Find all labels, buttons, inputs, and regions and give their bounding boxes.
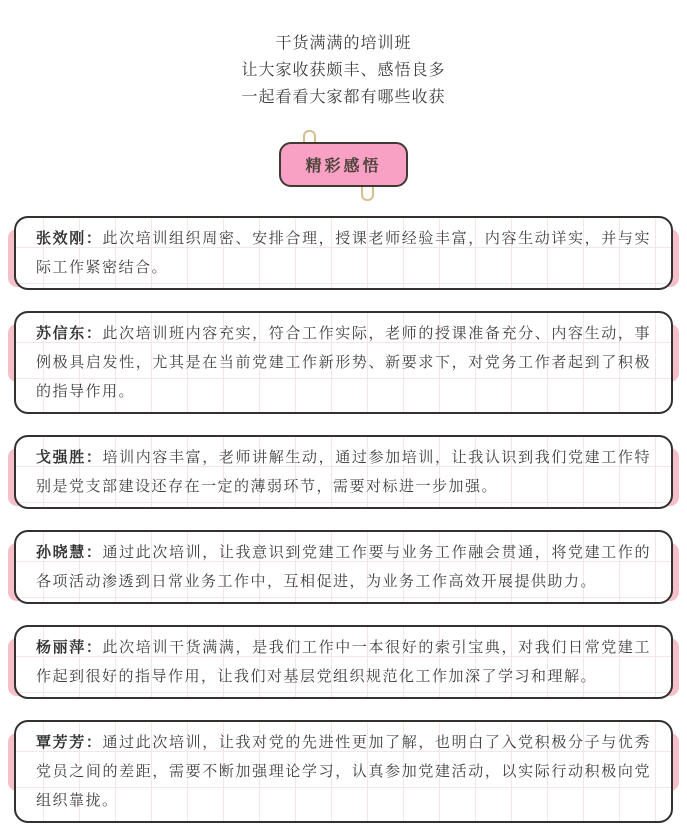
testimonial-card: 杨丽萍：此次培训干货满满，是我们工作中一本很好的索引宝典，对我们日常党建工作起到…	[14, 625, 673, 699]
testimonial-card-wrap: 戈强胜：培训内容丰富，老师讲解生动，通过参加培训，让我认识到我们党建工作特别是党…	[14, 435, 673, 509]
testimonial-card: 覃芳芳：通过此次培训，让我对党的先进性更加了解，也明白了入党积极分子与优秀党员之…	[14, 720, 673, 823]
testimonial-text: 通过此次培训，让我意识到党建工作要与业务工作融会贯通，将党建工作的各项活动渗透到…	[36, 544, 651, 590]
testimonial-text: 通过此次培训，让我对党的先进性更加了解，也明白了入党积极分子与优秀党员之间的差距…	[36, 734, 651, 809]
author-name-colon: ：	[86, 544, 103, 561]
testimonial-card-wrap: 杨丽萍：此次培训干货满满，是我们工作中一本很好的索引宝典，对我们日常党建工作起到…	[14, 625, 673, 699]
testimonial-card: 张效刚：此次培训组织周密、安排合理，授课老师经验丰富，内容生动详实，并与实际工作…	[14, 216, 673, 290]
author-name: 覃芳芳	[36, 734, 86, 751]
author-name: 杨丽萍	[36, 639, 86, 656]
testimonial-card: 戈强胜：培训内容丰富，老师讲解生动，通过参加培训，让我认识到我们党建工作特别是党…	[14, 435, 673, 509]
intro-line-2: 让大家收获颇丰、感悟良多	[0, 63, 687, 79]
testimonial-text: 此次培训组织周密、安排合理，授课老师经验丰富，内容生动详实，并与实际工作紧密结合…	[36, 230, 651, 276]
author-name-colon: ：	[86, 230, 103, 247]
testimonial-list: 张效刚：此次培训组织周密、安排合理，授课老师经验丰富，内容生动详实，并与实际工作…	[0, 216, 687, 823]
intro-header: 干货满满的培训班 让大家收获颇丰、感悟良多 一起看看大家都有哪些收获	[0, 0, 687, 106]
testimonial-card-wrap: 苏信东：此次培训班内容充实，符合工作实际，老师的授课准备充分、内容生动，事例极具…	[14, 311, 673, 414]
testimonial-text: 培训内容丰富，老师讲解生动，通过参加培训，让我认识到我们党建工作特别是党支部建设…	[36, 449, 651, 495]
author-name-colon: ：	[86, 325, 103, 342]
testimonial-card: 苏信东：此次培训班内容充实，符合工作实际，老师的授课准备充分、内容生动，事例极具…	[14, 311, 673, 414]
author-name: 孙晓慧	[36, 544, 86, 561]
author-name-colon: ：	[86, 734, 103, 751]
author-name: 戈强胜	[36, 449, 86, 466]
testimonial-text: 此次培训班内容充实，符合工作实际，老师的授课准备充分、内容生动，事例极具启发性，…	[36, 325, 651, 400]
author-name-colon: ：	[86, 639, 103, 656]
testimonial-card: 孙晓慧：通过此次培训，让我意识到党建工作要与业务工作融会贯通，将党建工作的各项活…	[14, 530, 673, 604]
testimonial-text: 此次培训干货满满，是我们工作中一本很好的索引宝典，对我们日常党建工作起到很好的指…	[36, 639, 651, 685]
section-badge-wrap: 精彩感悟	[279, 142, 407, 187]
testimonial-card-wrap: 孙晓慧：通过此次培训，让我意识到党建工作要与业务工作融会贯通，将党建工作的各项活…	[14, 530, 673, 604]
intro-line-3: 一起看看大家都有哪些收获	[0, 90, 687, 106]
section-badge: 精彩感悟	[279, 142, 407, 187]
author-name: 苏信东	[36, 325, 86, 342]
author-name-colon: ：	[86, 449, 103, 466]
author-name: 张效刚	[36, 230, 86, 247]
intro-line-1: 干货满满的培训班	[0, 36, 687, 52]
testimonial-card-wrap: 张效刚：此次培训组织周密、安排合理，授课老师经验丰富，内容生动详实，并与实际工作…	[14, 216, 673, 290]
testimonial-card-wrap: 覃芳芳：通过此次培训，让我对党的先进性更加了解，也明白了入党积极分子与优秀党员之…	[14, 720, 673, 823]
